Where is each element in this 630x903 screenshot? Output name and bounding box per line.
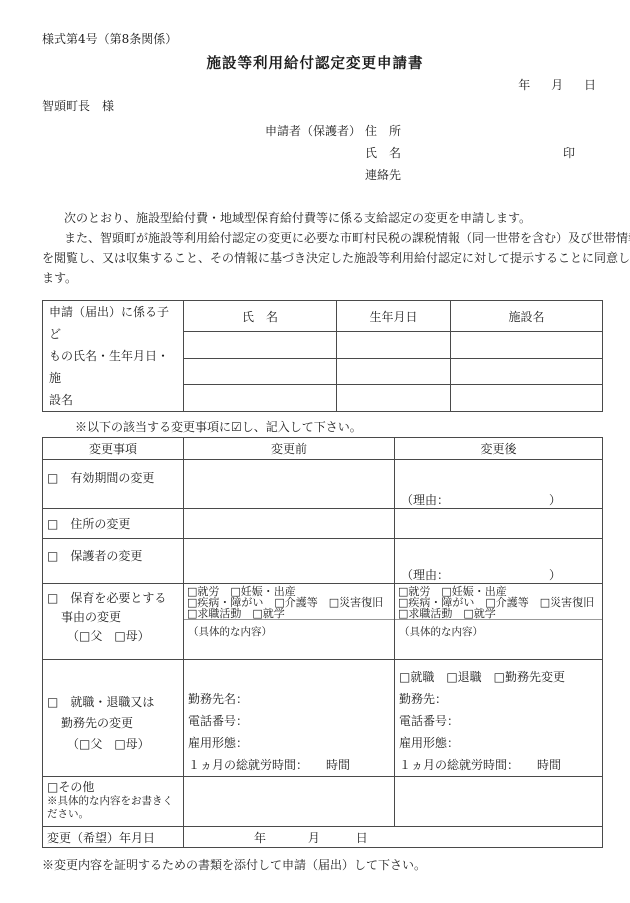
employment-type-label: 雇用形態： (399, 732, 598, 754)
intro-line: ます。 (42, 268, 630, 288)
child-birth-cell (337, 332, 451, 359)
applicant-block: 申請者（保護者） 住 所 氏 名 印 連絡先 (265, 120, 587, 186)
reason-field: （理由： ） (399, 566, 598, 583)
change-date-day-label: 日 (356, 831, 368, 845)
care-before-options: □就労 □妊娠・出産 □疾病・障がい □介護等 □災害復旧 □求職活動 □就学 (184, 584, 394, 620)
change-date-label: 変更（希望）年月日 (43, 827, 184, 848)
applicant-label: 申請者（保護者） (265, 120, 365, 142)
child-name-cell (184, 385, 337, 412)
employment-before-cell: 勤務先名： 電話番号： 雇用形態： １ヵ月の総就労時間： 時間 (184, 660, 395, 777)
name-label: 氏 名 (365, 142, 401, 164)
child-birth-cell (337, 358, 451, 385)
row-other-change: □その他 ※具体的な内容をお書きく ださい。 (43, 777, 603, 827)
applicant-name-row: 氏 名 印 (265, 142, 587, 164)
child-facility-cell (451, 358, 603, 385)
change-table: 変更事項 変更前 変更後 □ 有効期間の変更 （理由： ） □ 住所の変更 □ … (42, 437, 603, 848)
validity-before-cell (184, 460, 395, 509)
change-date-cell: 年 月 日 (184, 827, 603, 848)
intro-line: また、智頭町が施設等利用給付認定の変更に必要な市町村民税の課税情報（同一世帯を含… (42, 228, 630, 248)
care-after-cell: □就労 □妊娠・出産 □疾病・障がい □介護等 □災害復旧 □求職活動 □就学 … (395, 584, 603, 660)
applicant-address-row: 申請者（保護者） 住 所 (265, 120, 587, 142)
care-before-cell: □就労 □妊娠・出産 □疾病・障がい □介護等 □災害復旧 □求職活動 □就学 … (184, 584, 395, 660)
guardian-change-label: □ 保護者の変更 (43, 539, 184, 584)
children-header-name: 氏 名 (184, 301, 337, 332)
care-before-detail-label: （具体的な内容） (184, 620, 394, 659)
row-address-change: □ 住所の変更 (43, 509, 603, 539)
care-after-detail-label: （具体的な内容） (395, 620, 602, 659)
change-date-month-label: 月 (308, 831, 320, 845)
change-table-header-row: 変更事項 変更前 変更後 (43, 438, 603, 460)
monthly-hours-label: １ヵ月の総就労時間： 時間 (188, 754, 390, 776)
row-employment-change: □ 就職・退職又は 勤務先の変更 （□父 □母） 勤務先名： 電話番号： 雇用形… (43, 660, 603, 777)
form-page: 様式第4号（第8条関係） 施設等利用給付認定変更申請書 年 月 日 智頭町長 様… (0, 0, 630, 903)
children-header-birth: 生年月日 (337, 301, 451, 332)
workplace-label: 勤務先： (399, 688, 598, 710)
header-item: 変更事項 (43, 438, 184, 460)
header-after: 変更後 (395, 438, 603, 460)
row-guardian-change: □ 保護者の変更 （理由： ） (43, 539, 603, 584)
children-header-facility: 施設名 (451, 301, 603, 332)
date-line: 年 月 日 (0, 76, 630, 96)
addressee: 智頭町長 様 (42, 97, 630, 117)
other-change-label: □その他 ※具体的な内容をお書きく ださい。 (43, 777, 184, 827)
workplace-name-label: 勤務先名： (188, 688, 390, 710)
row-change-date: 変更（希望）年月日 年 月 日 (43, 827, 603, 848)
employment-after-options: □就職 □退職 □勤務先変更 (399, 666, 598, 688)
validity-after-cell: （理由： ） (395, 460, 603, 509)
employment-after-cell: □就職 □退職 □勤務先変更 勤務先： 電話番号： 雇用形態： １ヵ月の総就労時… (395, 660, 603, 777)
phone-label: 電話番号： (399, 710, 598, 732)
care-reason-label: □ 保育を必要とする 事由の変更 （□父 □母） (43, 584, 184, 660)
child-birth-cell (337, 385, 451, 412)
address-after-cell (395, 509, 603, 539)
address-label: 住 所 (365, 120, 401, 142)
header-before: 変更前 (184, 438, 395, 460)
children-table: 申請（届出）に係る子ど もの氏名・生年月日・施 設名 氏 名 生年月日 施設名 (42, 300, 603, 412)
intro-paragraph: 次のとおり、施設型給付費・地域型保育給付費等に係る支給認定の変更を申請します。 … (42, 208, 630, 288)
children-row-label: 申請（届出）に係る子ど もの氏名・生年月日・施 設名 (43, 301, 184, 412)
date-day-label: 日 (584, 78, 596, 92)
guardian-before-cell (184, 539, 395, 584)
care-after-options: □就労 □妊娠・出産 □疾病・障がい □介護等 □災害復旧 □求職活動 □就学 (395, 584, 602, 620)
child-facility-cell (451, 332, 603, 359)
other-after-cell (395, 777, 603, 827)
guardian-after-cell: （理由： ） (395, 539, 603, 584)
date-month-label: 月 (551, 78, 563, 92)
employment-type-label: 雇用形態： (188, 732, 390, 754)
attachment-note: ※変更内容を証明するための書類を添付して申請（届出）して下さい。 (42, 855, 630, 875)
date-year-label: 年 (518, 78, 530, 92)
row-care-reason-change: □ 保育を必要とする 事由の変更 （□父 □母） □就労 □妊娠・出産 □疾病・… (43, 584, 603, 660)
intro-line: 次のとおり、施設型給付費・地域型保育給付費等に係る支給認定の変更を申請します。 (42, 208, 630, 228)
child-name-cell (184, 358, 337, 385)
intro-line: を閲覧し、又は収集すること、その情報に基づき決定した施設等利用給付認定に対して提… (42, 248, 630, 268)
address-change-label: □ 住所の変更 (43, 509, 184, 539)
form-number: 様式第4号（第8条関係） (42, 30, 630, 48)
contact-label: 連絡先 (365, 164, 401, 186)
address-before-cell (184, 509, 395, 539)
monthly-hours-label: １ヵ月の総就労時間： 時間 (399, 754, 598, 776)
other-note: ※具体的な内容をお書きく ださい。 (47, 795, 179, 821)
phone-label: 電話番号： (188, 710, 390, 732)
row-validity-period: □ 有効期間の変更 （理由： ） (43, 460, 603, 509)
page-title: 施設等利用給付認定変更申請書 (0, 52, 630, 74)
child-name-cell (184, 332, 337, 359)
other-before-cell (184, 777, 395, 827)
validity-label: □ 有効期間の変更 (43, 460, 184, 509)
reason-field: （理由： ） (399, 491, 598, 508)
change-date-year-label: 年 (254, 831, 266, 845)
child-facility-cell (451, 385, 603, 412)
seal-label: 印 (563, 142, 587, 164)
employment-change-label: □ 就職・退職又は 勤務先の変更 （□父 □母） (43, 660, 184, 777)
check-instruction-note: ※以下の該当する変更事項に☑し、記入して下さい。 (75, 417, 630, 437)
applicant-contact-row: 連絡先 (265, 164, 587, 186)
